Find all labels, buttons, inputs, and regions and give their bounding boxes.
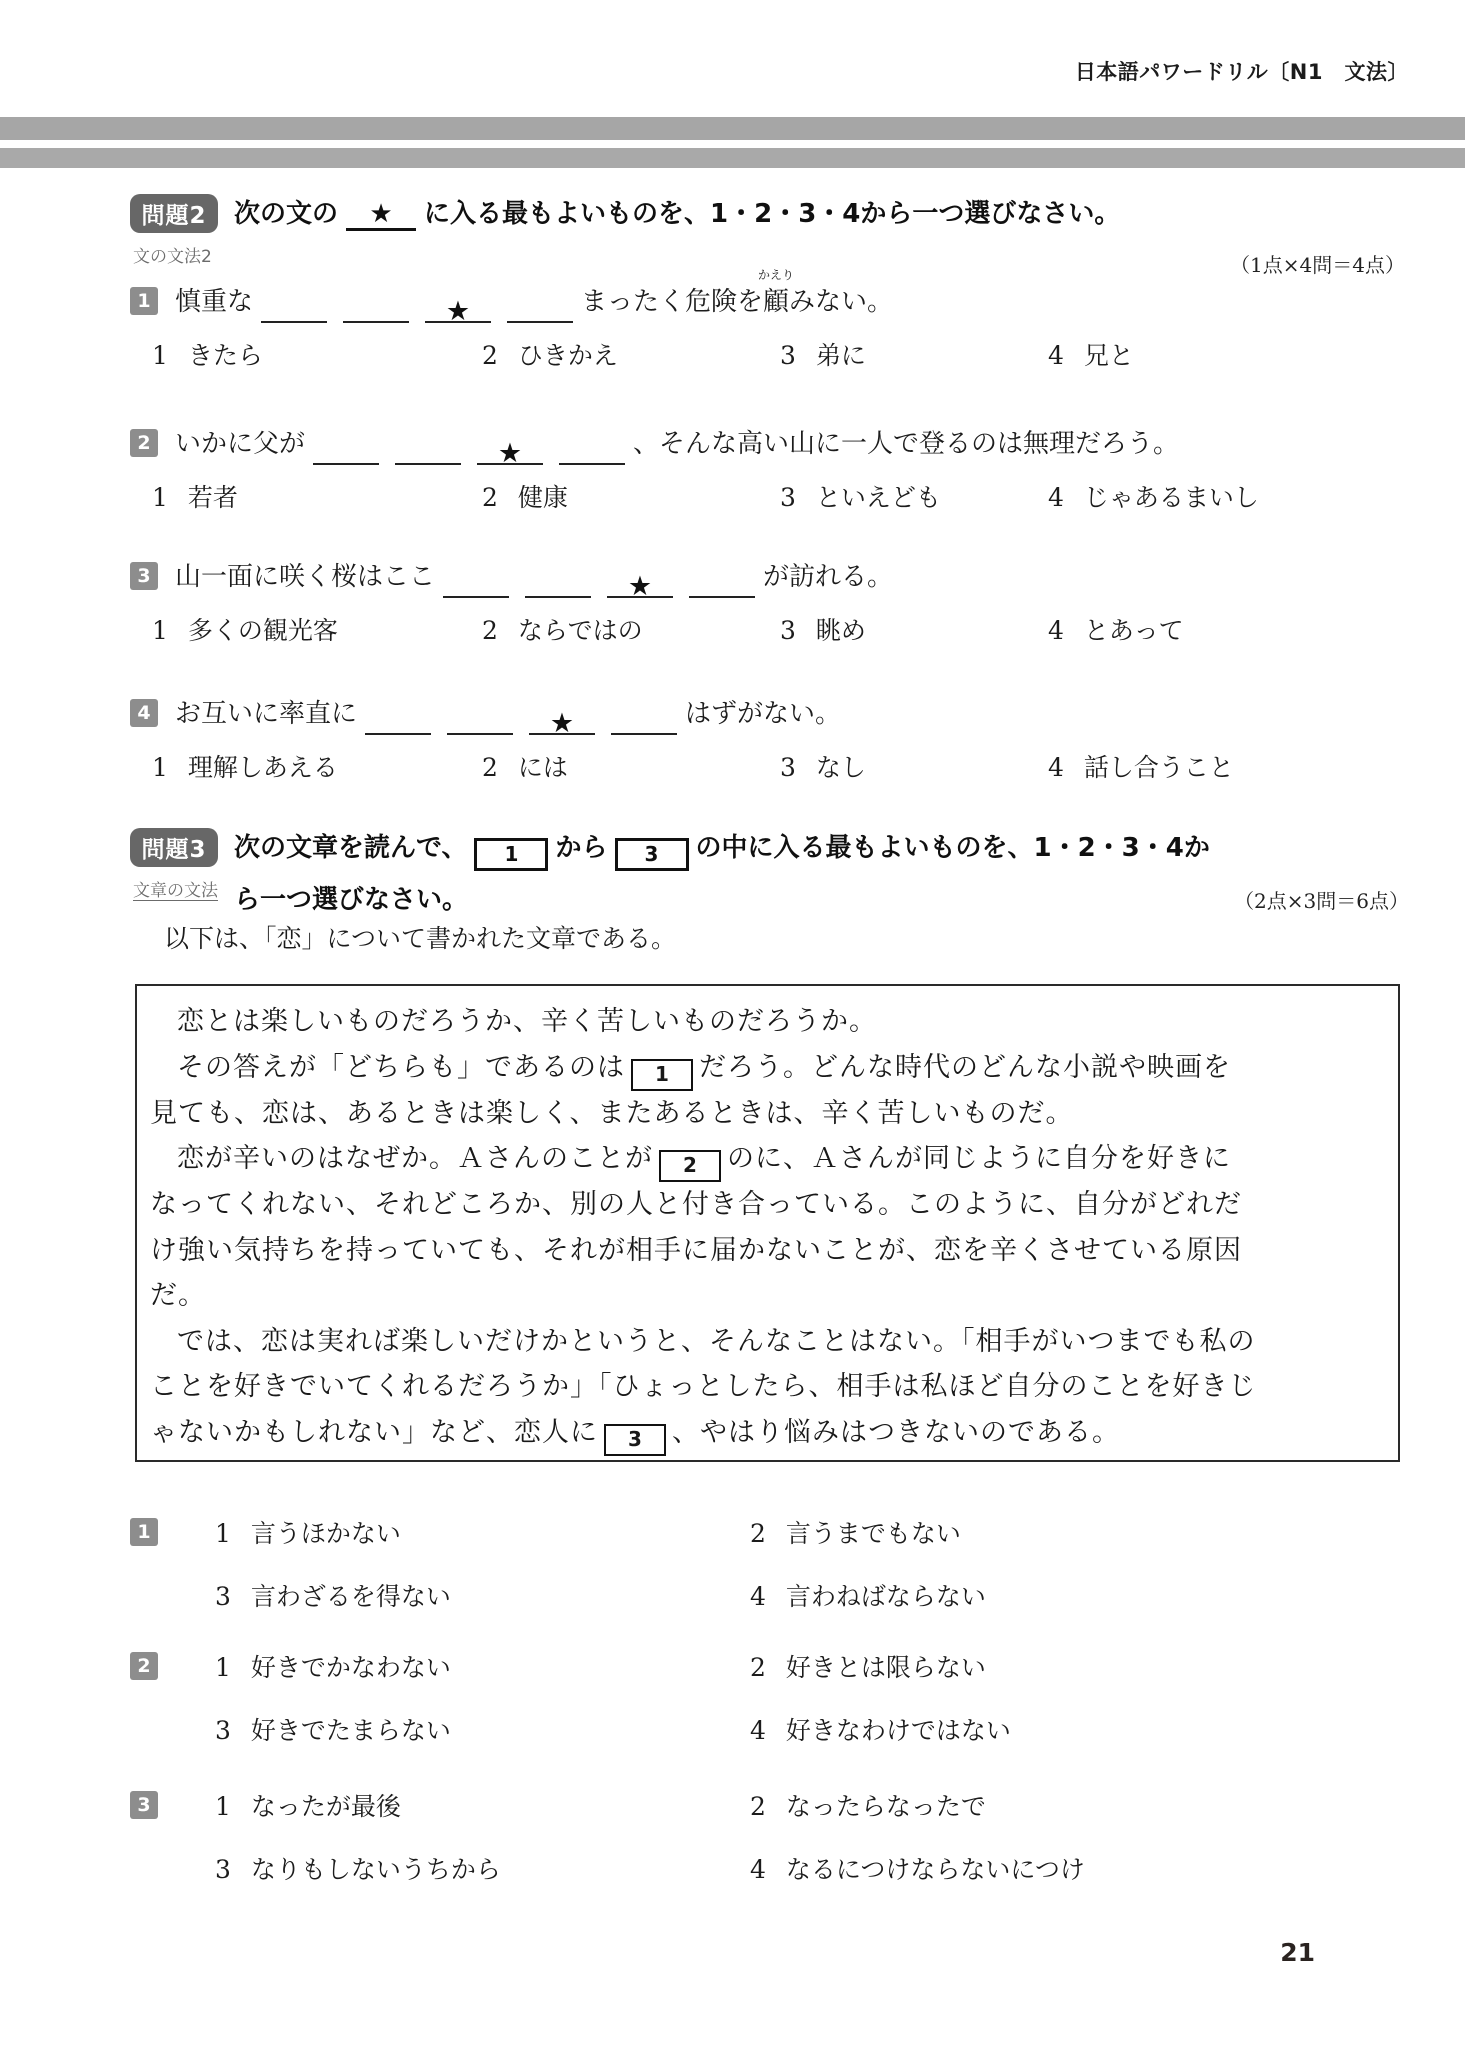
- choice-2: 2好きとは限らない: [750, 1648, 1409, 1684]
- choice-number: 3: [780, 341, 796, 370]
- sentence-pre: いかに父が: [175, 429, 305, 459]
- choice-number: 1: [152, 341, 168, 370]
- choice-number: 2: [482, 341, 498, 370]
- choice-number: 2: [750, 1653, 766, 1682]
- blank-2: [525, 566, 591, 598]
- choice-number: 3: [215, 1855, 231, 1884]
- mondai2-points: （1点×4問＝4点）: [1230, 249, 1405, 278]
- choice-3: 3弟に: [780, 336, 1048, 372]
- passage-text: 恋が辛いのはなぜか。Ａさんのことが: [177, 1143, 653, 1174]
- choice-label: 話し合うこと: [1084, 753, 1234, 782]
- choice-number: 4: [750, 1855, 766, 1884]
- choice-number: 2: [482, 483, 498, 512]
- choice-4: 4話し合うこと: [1048, 748, 1409, 784]
- choice-label: 兄と: [1084, 341, 1134, 370]
- sentence-post: 、そんな高い山に一人で登るのは無理だろう。: [633, 429, 1179, 459]
- star-icon: ★: [498, 440, 522, 467]
- choice-label: には: [518, 753, 568, 782]
- blank-2: [395, 433, 461, 465]
- choice-label: なりもしないうちから: [251, 1855, 501, 1884]
- gap-box-3: 3: [604, 1424, 666, 1456]
- blank-1: [313, 433, 379, 465]
- choice-number: 3: [780, 616, 796, 645]
- passage-text: のに、Ａさんが同じように自分を好きに: [727, 1143, 1231, 1174]
- blank-1: [261, 291, 327, 323]
- mondai2-sub-label: 文の文法2: [133, 242, 212, 267]
- choice-label: なったが最後: [251, 1792, 401, 1821]
- ruby-word: かえり顧: [763, 281, 789, 323]
- choice-1: 1なったが最後: [215, 1787, 750, 1823]
- sentence-pre: 山一面に咲く桜はここ: [175, 562, 435, 592]
- mondai2-instruction-post: に入る最もよいものを、1・2・3・4から一つ選びなさい。: [424, 199, 1120, 229]
- mondai3-question-1: 1 1言うほかない 2言うまでもない 3言わざるを得ない 4言わねばならない: [130, 1514, 1409, 1613]
- choice-label: 若者: [188, 483, 238, 512]
- instruction-box-3: 3: [615, 838, 689, 871]
- blank-1: [443, 566, 509, 598]
- blank-4: [559, 433, 625, 465]
- blank-2: [343, 291, 409, 323]
- passage-line: なってくれない、それどころか、別の人と付き合っている。このように、自分がどれだ: [150, 1182, 1374, 1228]
- choice-label: とあって: [1084, 616, 1184, 645]
- passage-text: その答えが「どちらも」であるのは: [177, 1052, 625, 1083]
- choice-label: 健康: [518, 483, 568, 512]
- passage-line: ゃないかもしれない」など、恋人に3、やはり悩みはつきないのである。: [150, 1410, 1374, 1456]
- choice-number: 1: [215, 1519, 231, 1548]
- star-icon: ★: [628, 573, 652, 600]
- question-sentence: 慎重な★まったく危険をかえり顧みない。: [175, 281, 893, 323]
- passage-text: だろう。どんな時代のどんな小説や映画を: [699, 1052, 1231, 1083]
- choice-4: 4とあって: [1048, 611, 1409, 647]
- choice-number: 4: [1048, 483, 1064, 512]
- choice-number: 3: [780, 753, 796, 782]
- choice-number: 1: [152, 483, 168, 512]
- choices-row: 1若者 2健康 3といえども 4じゃあるまいし: [130, 478, 1409, 514]
- star-icon: ★: [550, 710, 574, 737]
- test-page: 日本語パワードリル〔N1 文法〕 問題2 次の文の★に入る最もよいものを、1・2…: [0, 0, 1465, 2056]
- choice-number: 1: [215, 1653, 231, 1682]
- choice-number: 1: [215, 1792, 231, 1821]
- choice-label: きたら: [188, 341, 263, 370]
- choices-row: 1多くの観光客 2ならではの 3眺め 4とあって: [130, 611, 1409, 647]
- passage-line: だ。: [150, 1273, 1374, 1319]
- choice-label: 好きとは限らない: [786, 1653, 986, 1682]
- choice-number: 2: [750, 1792, 766, 1821]
- mondai3-sub-label: 文章の文法: [133, 876, 218, 901]
- choice-label: じゃあるまいし: [1084, 483, 1259, 512]
- decorative-bar-top: [0, 117, 1465, 140]
- choice-4: 4なるにつけならないにつけ: [750, 1850, 1409, 1886]
- mondai2-question-2: 2 いかに父が★、そんな高い山に一人で登るのは無理だろう。 1若者 2健康 3と…: [130, 423, 1409, 514]
- choice-2: 2ならではの: [482, 611, 780, 647]
- choice-4: 4好きなわけではない: [750, 1711, 1409, 1747]
- choice-number: 4: [1048, 616, 1064, 645]
- choice-label: 眺め: [816, 616, 866, 645]
- choice-label: 好きなわけではない: [786, 1716, 1011, 1745]
- choice-2: 2健康: [482, 478, 780, 514]
- sentence-post: はずがない。: [685, 699, 841, 729]
- sentence-post: が訪れる。: [763, 562, 893, 592]
- choice-number: 4: [1048, 753, 1064, 782]
- choice-2: 2ひきかえ: [482, 336, 780, 372]
- choice-2: 2言うまでもない: [750, 1514, 1409, 1550]
- choice-1: 1好きでかなわない: [215, 1648, 750, 1684]
- choice-2: 2には: [482, 748, 780, 784]
- question-number-badge: 2: [130, 429, 158, 457]
- passage-line: では、恋は実れば楽しいだけかというと、そんなことはない。「相手がいつまでも私の: [150, 1319, 1374, 1365]
- star-icon: ★: [446, 298, 470, 325]
- mondai3-badge: 問題3: [130, 828, 218, 867]
- mondai2-header: 問題2 次の文の★に入る最もよいものを、1・2・3・4から一つ選びなさい。: [130, 194, 1409, 234]
- choice-label: なったらなったで: [786, 1792, 986, 1821]
- question-number-badge: 3: [130, 562, 158, 590]
- mondai3-instruction-line2: ら一つ選びなさい。: [234, 880, 468, 920]
- choice-number: 3: [215, 1716, 231, 1745]
- passage-line: その答えが「どちらも」であるのは1だろう。どんな時代のどんな小説や映画を: [150, 1045, 1374, 1091]
- page-number: 21: [1280, 1938, 1315, 1967]
- choice-label: 言うまでもない: [786, 1519, 961, 1548]
- choice-label: といえども: [816, 483, 941, 512]
- choice-3: 3好きでたまらない: [215, 1711, 750, 1747]
- blank-4: [507, 291, 573, 323]
- sentence-pre: お互いに率直に: [175, 699, 357, 729]
- passage-line: 恋が辛いのはなぜか。Ａさんのことが2のに、Ａさんが同じように自分を好きに: [150, 1136, 1374, 1182]
- choice-number: 2: [750, 1519, 766, 1548]
- question-sentence: 山一面に咲く桜はここ★が訪れる。: [175, 556, 893, 598]
- choice-3: 3言わざるを得ない: [215, 1577, 750, 1613]
- passage-text: 、やはり悩みはつきないのである。: [672, 1417, 1120, 1448]
- mondai2-question-4: 4 お互いに率直に★はずがない。 1理解しあえる 2には 3なし 4話し合うこと: [130, 693, 1409, 784]
- choice-label: ならではの: [518, 616, 643, 645]
- choices-row: 1きたら 2ひきかえ 3弟に 4兄と: [130, 336, 1409, 372]
- choice-2: 2なったらなったで: [750, 1787, 1409, 1823]
- choice-1: 1若者: [152, 478, 482, 514]
- choice-1: 1理解しあえる: [152, 748, 482, 784]
- choice-number: 3: [780, 483, 796, 512]
- ruby-base: 顧: [763, 287, 789, 317]
- sentence-post: まったく危険を: [581, 287, 763, 317]
- choice-3: 3なりもしないうちから: [215, 1850, 750, 1886]
- mondai2-badge: 問題2: [130, 194, 218, 233]
- passage-line: 恋とは楽しいものだろうか、辛く苦しいものだろうか。: [150, 999, 1374, 1045]
- instruction-pre: 次の文章を読んで、: [234, 833, 467, 863]
- decorative-bar-bottom: [0, 148, 1465, 168]
- choice-1: 1多くの観光客: [152, 611, 482, 647]
- choice-4: 4言わねばならない: [750, 1577, 1409, 1613]
- choice-number: 1: [152, 753, 168, 782]
- passage-intro: 以下は、「恋」について書かれた文章である。: [164, 919, 676, 955]
- choice-label: 言わねばならない: [786, 1582, 986, 1611]
- choice-1: 1きたら: [152, 336, 482, 372]
- mondai2-star-blank: ★: [346, 201, 416, 231]
- gap-box-1: 1: [631, 1059, 693, 1091]
- choice-3: 3眺め: [780, 611, 1048, 647]
- question-number-badge: 1: [130, 1518, 158, 1546]
- blank-4: [689, 566, 755, 598]
- booklet-title: 日本語パワードリル〔N1 文法〕: [1075, 56, 1409, 86]
- star-icon: ★: [369, 199, 392, 229]
- gap-box-2: 2: [659, 1150, 721, 1182]
- mondai3-header: 問題3 次の文章を読んで、1から3の中に入る最もよいものを、1・2・3・4か ら…: [130, 828, 1409, 920]
- choice-label: 多くの観光客: [188, 616, 338, 645]
- choice-label: なし: [816, 753, 866, 782]
- furigana: かえり: [758, 269, 794, 281]
- blank-2: [447, 703, 513, 735]
- blank-star: ★: [529, 703, 595, 735]
- question-number-badge: 3: [130, 1791, 158, 1819]
- passage-text: ゃないかもしれない」など、恋人に: [150, 1417, 598, 1448]
- question-sentence: お互いに率直に★はずがない。: [175, 693, 841, 735]
- reading-passage-box: 恋とは楽しいものだろうか、辛く苦しいものだろうか。 その答えが「どちらも」である…: [135, 984, 1400, 1462]
- choice-label: なるにつけならないにつけ: [786, 1855, 1085, 1884]
- choice-number: 3: [215, 1582, 231, 1611]
- question-number-badge: 4: [130, 699, 158, 727]
- mondai2-instruction: 次の文の★に入る最もよいものを、1・2・3・4から一つ選びなさい。: [234, 194, 1120, 234]
- question-sentence: いかに父が★、そんな高い山に一人で登るのは無理だろう。: [175, 423, 1179, 465]
- choice-label: 理解しあえる: [188, 753, 338, 782]
- choice-4: 4じゃあるまいし: [1048, 478, 1409, 514]
- mondai3-points: （2点×3問＝6点）: [1234, 885, 1409, 914]
- mondai2-instruction-pre: 次の文の: [234, 199, 338, 229]
- blank-star: ★: [477, 433, 543, 465]
- blank-4: [611, 703, 677, 735]
- choice-3: 3といえども: [780, 478, 1048, 514]
- mondai2-question-3: 3 山一面に咲く桜はここ★が訪れる。 1多くの観光客 2ならではの 3眺め 4と…: [130, 556, 1409, 647]
- choice-3: 3なし: [780, 748, 1048, 784]
- sentence-pre: 慎重な: [175, 287, 253, 317]
- choice-label: 弟に: [816, 341, 866, 370]
- passage-line: ことを好きでいてくれるだろうか」「ひょっとしたら、相手は私ほど自分のことを好きじ: [150, 1364, 1374, 1410]
- passage-line: け強い気持ちを持っていても、それが相手に届かないことが、恋を辛くさせている原因: [150, 1228, 1374, 1274]
- choice-1: 1言うほかない: [215, 1514, 750, 1550]
- mondai3-question-2: 2 1好きでかなわない 2好きとは限らない 3好きでたまらない 4好きなわけでは…: [130, 1648, 1409, 1747]
- choice-number: 2: [482, 753, 498, 782]
- choice-number: 4: [1048, 341, 1064, 370]
- instruction-post: の中に入る最もよいものを、1・2・3・4か: [696, 833, 1210, 863]
- instruction-box-1: 1: [474, 838, 548, 871]
- choice-number: 4: [750, 1582, 766, 1611]
- choice-label: 言わざるを得ない: [251, 1582, 451, 1611]
- choice-number: 2: [482, 616, 498, 645]
- choices-row: 1理解しあえる 2には 3なし 4話し合うこと: [130, 748, 1409, 784]
- mondai2-question-1: 1 慎重な★まったく危険をかえり顧みない。 1きたら 2ひきかえ 3弟に 4兄と: [130, 281, 1409, 372]
- blank-1: [365, 703, 431, 735]
- choice-number: 1: [152, 616, 168, 645]
- sentence-post-2: みない。: [789, 287, 893, 317]
- passage-line: 見ても、恋は、あるときは楽しく、またあるときは、辛く苦しいものだ。: [150, 1091, 1374, 1137]
- choice-label: ひきかえ: [518, 341, 618, 370]
- choice-label: 好きでかなわない: [251, 1653, 451, 1682]
- instruction-mid: から: [555, 833, 607, 863]
- blank-star: ★: [425, 291, 491, 323]
- choice-label: 言うほかない: [251, 1519, 401, 1548]
- question-number-badge: 1: [130, 287, 158, 315]
- mondai3-question-3: 3 1なったが最後 2なったらなったで 3なりもしないうちから 4なるにつけなら…: [130, 1787, 1409, 1886]
- choice-number: 4: [750, 1716, 766, 1745]
- choice-label: 好きでたまらない: [251, 1716, 451, 1745]
- mondai3-instruction-line1: 次の文章を読んで、1から3の中に入る最もよいものを、1・2・3・4か: [234, 828, 1409, 871]
- question-number-badge: 2: [130, 1652, 158, 1680]
- choice-4: 4兄と: [1048, 336, 1409, 372]
- blank-star: ★: [607, 566, 673, 598]
